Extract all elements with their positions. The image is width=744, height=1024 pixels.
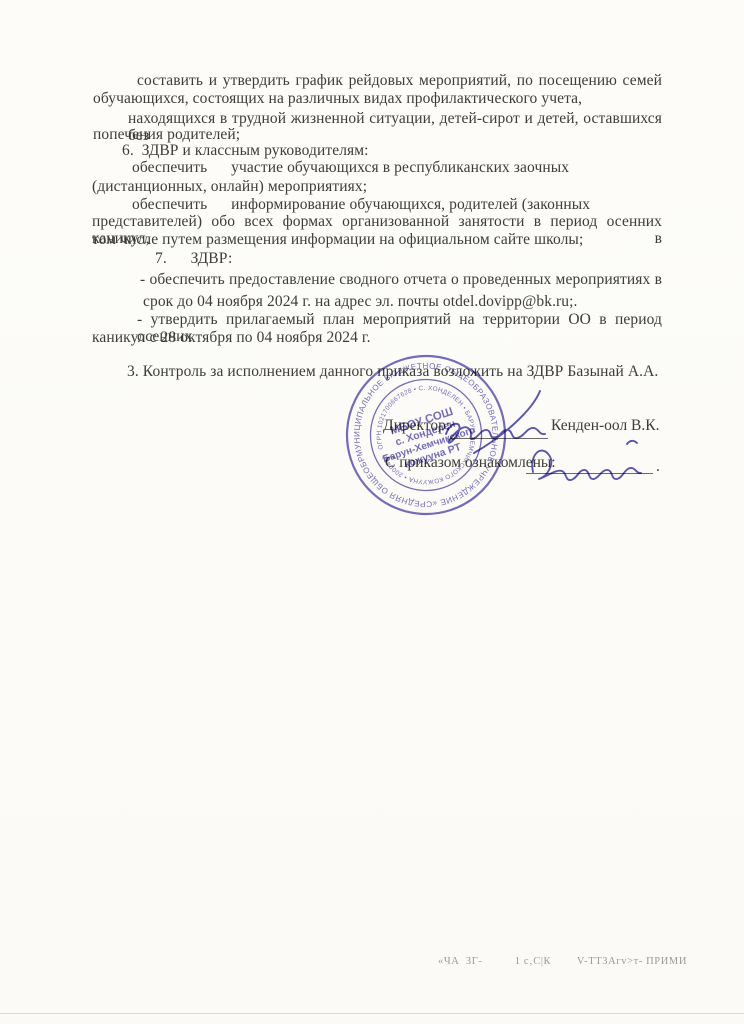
scanned-order-page: составить и утвердить график рейдовых ме… <box>0 0 744 1024</box>
ack-signature-letters <box>532 451 641 481</box>
document-line: обеспечить информирование обучающихся, р… <box>132 196 590 213</box>
document-line: каникул с 28 октября по 04 ноября 2024 г… <box>92 329 371 346</box>
document-line: срок до 04 ноября 2024 г. на адрес эл. п… <box>143 293 578 310</box>
scan-artifact-text: «ЧА ЗГ- 1 с‚С|К V-ТТЗАгv>т- ПРИМИ <box>438 956 687 967</box>
document-list-item-6: 6. ЗДВР и классным руководителям: <box>122 142 369 159</box>
document-line: обеспечить участие обучающихся в республ… <box>132 159 569 176</box>
document-list-item-7: 7. ЗДВР: <box>155 250 232 267</box>
document-line: - обеспечить предоставление сводного отч… <box>140 271 662 288</box>
document-line: том числе путем размещения информации на… <box>92 231 583 248</box>
scan-edge-line <box>0 1013 744 1014</box>
document-line: составить и утвердить график рейдовых ме… <box>137 72 662 89</box>
document-line: обучающихся, состоящих на различных вида… <box>93 90 582 107</box>
document-line: попечения родителей; <box>93 126 240 143</box>
round-stamp: МУНИЦИПАЛЬНОЕ БЮДЖЕТНОЕ ОБЩЕОБРАЗОВАТЕЛЬ… <box>341 350 511 520</box>
ack-signature-accent <box>627 441 637 444</box>
document-line: (дистанционных, онлайн) мероприятиях; <box>92 178 367 195</box>
